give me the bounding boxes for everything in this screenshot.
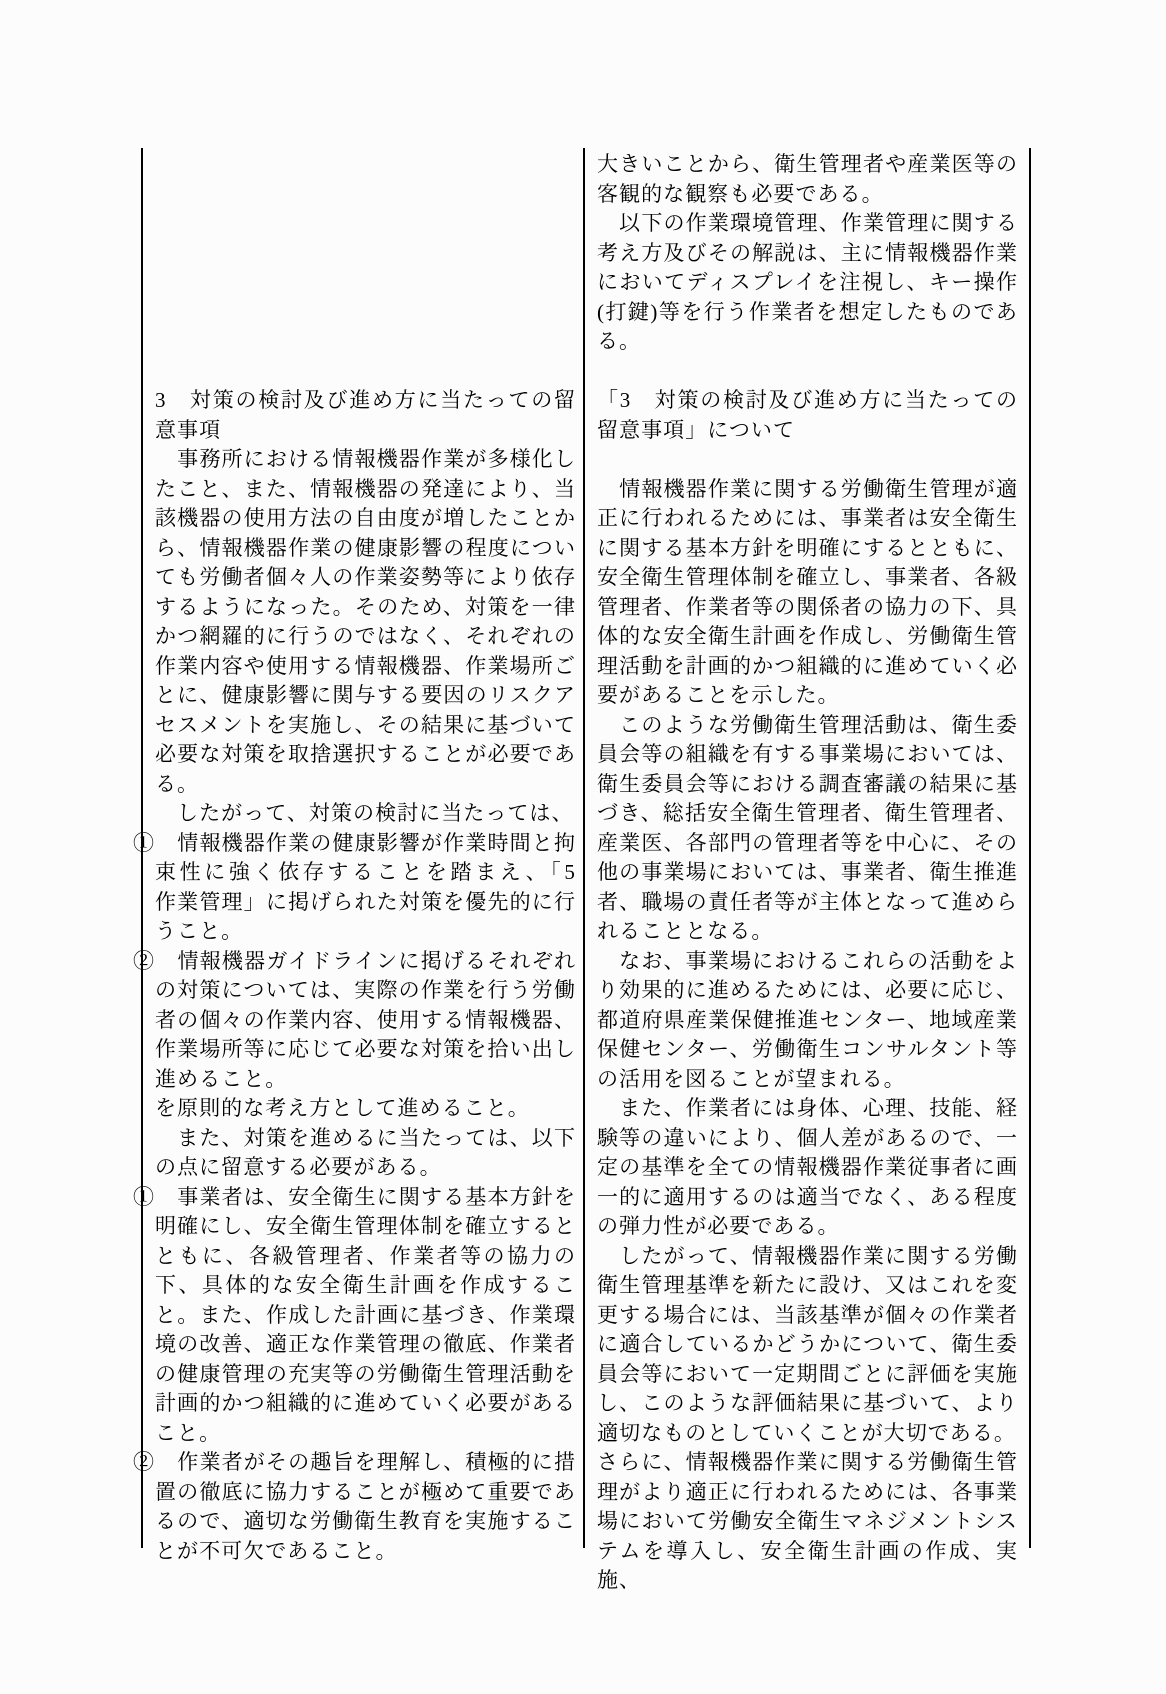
paragraph: さらに、情報機器作業に関する労働衛生管理がより適正に行われるためには、各事業場に… [597, 1448, 1018, 1596]
left-column: 3 対策の検討及び進め方に当たっての留意事項 事務所における情報機器作業が多様化… [155, 150, 576, 1566]
paragraph: また、作業者には身体、心理、技能、経験等の違いにより、個人差があるので、一定の基… [597, 1094, 1018, 1242]
paragraph: 情報機器作業に関する労働衛生管理が適正に行われるためには、事業者は安全衛生に関す… [597, 475, 1018, 711]
section-heading: 「3 対策の検討及び進め方に当たっての留意事項」について [597, 386, 1018, 445]
paragraph: 以下の作業環境管理、作業管理に関する考え方及びその解説は、主に情報機器作業におい… [597, 209, 1018, 357]
list-item: ① 事業者は、安全衛生に関する基本方針を明確にし、安全衛生管理体制を確立するとと… [155, 1183, 576, 1449]
document-page: 3 対策の検討及び進め方に当たっての留意事項 事務所における情報機器作業が多様化… [0, 0, 1166, 1694]
right-column: 大きいことから、衛生管理者や産業医等の客観的な観察も必要である。 以下の作業環境… [597, 150, 1018, 1596]
paragraph: したがって、対策の検討に当たっては、 [155, 799, 576, 829]
paragraph: なお、事業場におけるこれらの活動をより効果的に進めるためには、必要に応じ、都道府… [597, 947, 1018, 1095]
paragraph: 大きいことから、衛生管理者や産業医等の客観的な観察も必要である。 [597, 150, 1018, 209]
paragraph: 事務所における情報機器作業が多様化したこと、また、情報機器の発達により、当該機器… [155, 445, 576, 799]
paragraph: また、対策を進めるに当たっては、以下の点に留意する必要がある。 [155, 1124, 576, 1183]
list-item: ① 情報機器作業の健康影響が作業時間と拘束性に強く依存することを踏まえ、「5 作… [155, 829, 576, 947]
section-heading: 3 対策の検討及び進め方に当たっての留意事項 [155, 386, 576, 445]
paragraph: このような労働衛生管理活動は、衛生委員会等の組織を有する事業場においては、衛生委… [597, 711, 1018, 947]
paragraph: したがって、情報機器作業に関する労働衛生管理基準を新たに設け、又はこれを変更する… [597, 1242, 1018, 1449]
right-border-rule [1029, 148, 1031, 1548]
list-item: ② 情報機器ガイドラインに掲げるそれぞれの対策については、実際の作業を行う労働者… [155, 947, 576, 1095]
column-divider-rule [583, 148, 585, 1548]
list-item: ② 作業者がその趣旨を理解し、積極的に措置の徹底に協力することが極めて重要である… [155, 1448, 576, 1566]
paragraph: を原則的な考え方として進めること。 [155, 1094, 576, 1124]
